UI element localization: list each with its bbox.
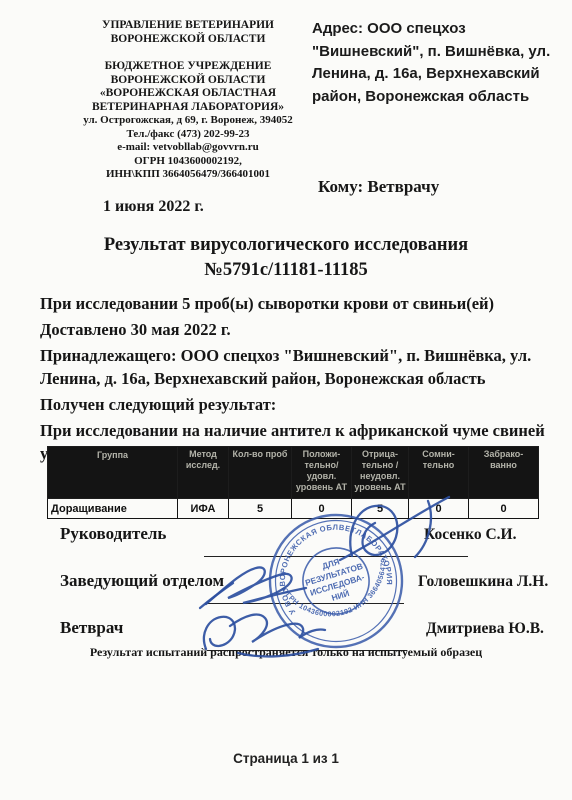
document-date: 1 июня 2022 г. bbox=[103, 198, 204, 216]
signature-role-director: Руководитель bbox=[60, 524, 166, 544]
document-page: УПРАВЛЕНИЕ ВЕТЕРИНАРИИ ВОРОНЕЖСКОЙ ОБЛАС… bbox=[0, 0, 572, 800]
table-header-row: Группа Метод исслед. Кол-во проб Положи-… bbox=[48, 447, 539, 499]
disclaimer-text: Результат испытаний распространяется тол… bbox=[0, 645, 572, 660]
cell-doubtful: 0 bbox=[409, 499, 469, 519]
col-header-doubtful: Сомни- тельно bbox=[409, 447, 469, 499]
stamp-center-line: РЕЗУЛЬТАТОВ bbox=[304, 561, 364, 588]
cell-method: ИФА bbox=[178, 499, 229, 519]
signature-line bbox=[204, 556, 468, 557]
org-line: ВОРОНЕЖСКОЙ ОБЛАСТИ bbox=[38, 33, 338, 47]
address-line: Ленина, д. 16а, Верхнехавский bbox=[312, 63, 564, 86]
stamp-center-line: ДЛЯ bbox=[321, 556, 341, 571]
org-phone: Тел./факс (473) 202-99-23 bbox=[38, 128, 338, 142]
body-line-owner: Принадлежащего: ООО спецхоз "Вишневский"… bbox=[40, 344, 548, 390]
document-title: Результат вирусологического исследования… bbox=[0, 233, 572, 283]
table-row: Доращивание ИФА 5 0 5 0 0 bbox=[48, 499, 539, 519]
signature-role-veterinarian: Ветврач bbox=[60, 618, 123, 638]
results-table: Группа Метод исслед. Кол-во проб Положи-… bbox=[47, 446, 539, 519]
title-number: №5791с/11181-11185 bbox=[0, 258, 572, 283]
col-header-sample-count: Кол-во проб bbox=[229, 447, 292, 499]
org-line: УПРАВЛЕНИЕ ВЕТЕРИНАРИИ bbox=[38, 19, 338, 33]
cell-rejected: 0 bbox=[469, 499, 539, 519]
recipient-to-line: Кому: Ветврачу bbox=[318, 177, 439, 197]
cell-positive: 0 bbox=[292, 499, 352, 519]
body-text: При исследовании 5 проб(ы) сыворотки кро… bbox=[40, 292, 548, 468]
title-line-1: Результат вирусологического исследования bbox=[0, 233, 572, 258]
stamp-middle-circle bbox=[260, 505, 411, 656]
stamp-inner-circle bbox=[295, 540, 377, 622]
signature-line bbox=[207, 603, 404, 604]
org-line: ВОРОНЕЖСКОЙ ОБЛАСТИ bbox=[38, 74, 338, 88]
stamp-center-line: ИССЛЕДОВА- bbox=[309, 572, 366, 598]
org-address: ул. Острогожская, д 69, г. Воронеж, 3940… bbox=[38, 114, 338, 128]
page-number: Страница 1 из 1 bbox=[0, 751, 572, 766]
signature-name-veterinarian: Дмитриева Ю.В. bbox=[426, 620, 544, 638]
org-email: e-mail: vetvobllab@govvrn.ru bbox=[38, 141, 338, 155]
address-line: район, Воронежская область bbox=[312, 86, 564, 109]
col-header-group: Группа bbox=[48, 447, 178, 499]
address-line: "Вишневский", п. Вишнёвка, ул. bbox=[312, 41, 564, 64]
col-header-rejected: Забрако- ванно bbox=[469, 447, 539, 499]
col-header-negative: Отрица- тельно / неудовл. уровень АТ bbox=[352, 447, 409, 499]
org-line: ВЕТЕРИНАРНАЯ ЛАБОРАТОРИЯ» bbox=[38, 101, 338, 115]
cell-group: Доращивание bbox=[48, 499, 178, 519]
col-header-positive: Положи- тельно/ удовл. уровень АТ bbox=[292, 447, 352, 499]
col-header-method: Метод исслед. bbox=[178, 447, 229, 499]
body-line-result-intro: Получен следующий результат: bbox=[40, 393, 548, 416]
org-line: БЮДЖЕТНОЕ УЧРЕЖДЕНИЕ bbox=[38, 60, 338, 74]
body-line-samples: При исследовании 5 проб(ы) сыворотки кро… bbox=[40, 292, 548, 315]
recipient-address-block: Адрес: ООО спецхоз "Вишневский", п. Вишн… bbox=[312, 18, 564, 108]
signature-name-director: Косенко С.И. bbox=[424, 526, 516, 544]
stamp-outer-circle bbox=[254, 499, 419, 664]
org-inn: ИНН\КПП 3664056479/366401001 bbox=[38, 168, 338, 182]
org-header-block: УПРАВЛЕНИЕ ВЕТЕРИНАРИИ ВОРОНЕЖСКОЙ ОБЛАС… bbox=[38, 19, 338, 182]
org-line: «ВОРОНЕЖСКАЯ ОБЛАСТНАЯ bbox=[38, 87, 338, 101]
org-ogrn: ОГРН 1043600002192, bbox=[38, 155, 338, 169]
stamp-center-line: НИЙ bbox=[330, 587, 351, 603]
address-line: Адрес: ООО спецхоз bbox=[312, 18, 564, 41]
cell-negative: 5 bbox=[352, 499, 409, 519]
signature-name-head-of-department: Головешкина Л.Н. bbox=[418, 573, 548, 591]
body-line-delivered: Доставлено 30 мая 2022 г. bbox=[40, 318, 548, 341]
signature-role-head-of-department: Заведующий отделом bbox=[60, 571, 224, 591]
cell-sample-count: 5 bbox=[229, 499, 292, 519]
